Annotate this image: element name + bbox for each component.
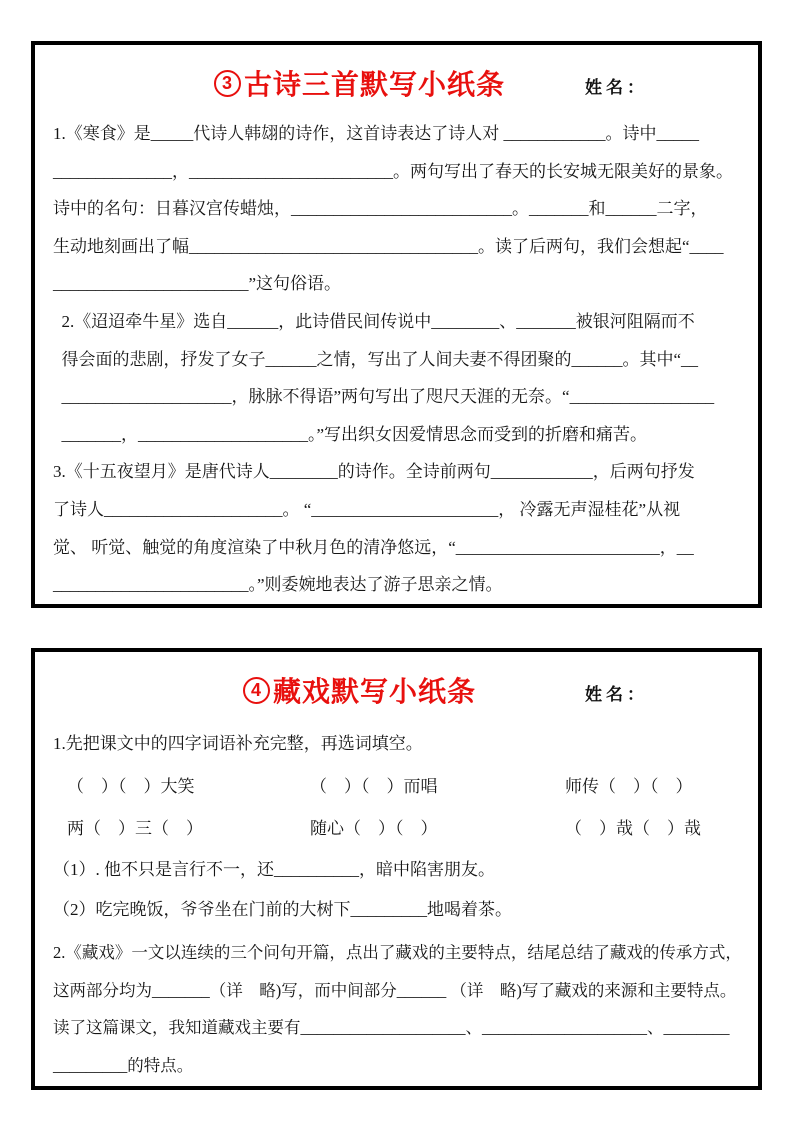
word-blank-row: （ ）（ ）大笑 （ ）（ ）而唱 师传（ ）（ ） bbox=[53, 766, 746, 808]
opera-card-body: 1.先把课文中的四字词语补充完整，再选词填空。 （ ）（ ）大笑 （ ）（ ）而… bbox=[53, 722, 746, 1084]
word-blank-row: 两（ ）三（ ） 随心（ ）（ ） （ ）哉（ ）哉 bbox=[53, 808, 746, 850]
question-line: 觉、 听觉、触觉的角度渲染了中秋月色的清净悠远，“_______________… bbox=[53, 529, 746, 567]
sub-question-line: （2）吃完晚饭，爷爷坐在门前的大树下_________地喝着茶。 bbox=[53, 890, 746, 930]
circled-number-badge: 4 bbox=[243, 677, 270, 704]
poems-card-title: 3 古诗三首默写小纸条 bbox=[214, 63, 505, 103]
poems-card-header: 3 古诗三首默写小纸条 姓名： bbox=[53, 57, 746, 115]
question-line: _________的特点。 bbox=[53, 1047, 746, 1085]
question-line: _______________________。”则委婉地表达了游子思亲之情。 bbox=[53, 566, 746, 604]
opera-title-text: 藏戏默写小纸条 bbox=[273, 670, 476, 710]
sub-question-line: （1）. 他不只是言行不一，还__________，暗中陷害朋友。 bbox=[53, 850, 746, 890]
word-blank-item: 师传（ ）（ ） bbox=[565, 766, 746, 808]
question-line: 得会面的悲剧，抒发了女子______之情，写出了人间夫妻不得团聚的______。… bbox=[53, 341, 746, 379]
word-blank-item: 两（ ）三（ ） bbox=[67, 808, 310, 850]
opera-card-title: 4 藏戏默写小纸条 bbox=[243, 670, 476, 710]
word-blank-item: 随心（ ）（ ） bbox=[310, 808, 565, 850]
question-line: 2.《藏戏》一文以连续的三个问句开篇，点出了藏戏的主要特点，结尾总结了藏戏的传承… bbox=[53, 934, 746, 972]
question-line: 了诗人_____________________。 “_____________… bbox=[53, 491, 746, 529]
question-line: 3.《十五夜望月》是唐代诗人________的诗作。全诗前两句_________… bbox=[53, 453, 746, 491]
poems-worksheet-card: 3 古诗三首默写小纸条 姓名： 1.《寒食》是_____代诗人韩翃的诗作，这首诗… bbox=[31, 41, 762, 608]
question-line: 生动地刻画出了幅________________________________… bbox=[53, 228, 746, 266]
question-2-block: 2.《藏戏》一文以连续的三个问句开篇，点出了藏戏的主要特点，结尾总结了藏戏的传承… bbox=[53, 934, 746, 1084]
opera-card-header: 4 藏戏默写小纸条 姓名： bbox=[53, 664, 746, 722]
question-line: _______________________”这句俗语。 bbox=[53, 265, 746, 303]
question-line: 这两部分均为_______（详 略)写，而中间部分______ （详 略)写了藏… bbox=[53, 972, 746, 1010]
name-label: 姓名： bbox=[585, 680, 648, 705]
worksheet-page: 3 古诗三首默写小纸条 姓名： 1.《寒食》是_____代诗人韩翃的诗作，这首诗… bbox=[0, 0, 793, 1122]
poems-card-body: 1.《寒食》是_____代诗人韩翃的诗作，这首诗表达了诗人对 _________… bbox=[53, 115, 746, 604]
question-line: ____________________，脉脉不得语”两句写出了咫尺天涯的无奈。… bbox=[53, 378, 746, 416]
question-line: ______________，________________________。… bbox=[53, 153, 746, 191]
question-line: 1.《寒食》是_____代诗人韩翃的诗作，这首诗表达了诗人对 _________… bbox=[53, 115, 746, 153]
name-label: 姓名： bbox=[585, 73, 648, 98]
word-blank-item: （ ）哉（ ）哉 bbox=[565, 808, 746, 850]
tibetan-opera-worksheet-card: 4 藏戏默写小纸条 姓名： 1.先把课文中的四字词语补充完整，再选词填空。 （ … bbox=[31, 648, 762, 1090]
question-line: 读了这篇课文，我知道藏戏主要有____________________、____… bbox=[53, 1009, 746, 1047]
circled-number-badge: 3 bbox=[214, 70, 241, 97]
question-line: _______，____________________。”写出织女因爱情思念而… bbox=[53, 416, 746, 454]
poems-title-text: 古诗三首默写小纸条 bbox=[244, 63, 505, 103]
question-line: 2.《迢迢牵牛星》选自______，此诗借民间传说中________、_____… bbox=[53, 303, 746, 341]
question-line: 诗中的名句：日暮汉宫传蜡烛，__________________________… bbox=[53, 190, 746, 228]
word-blank-item: （ ）（ ）而唱 bbox=[310, 766, 565, 808]
word-blank-item: （ ）（ ）大笑 bbox=[67, 766, 310, 808]
question-intro-line: 1.先把课文中的四字词语补充完整，再选词填空。 bbox=[53, 722, 746, 766]
